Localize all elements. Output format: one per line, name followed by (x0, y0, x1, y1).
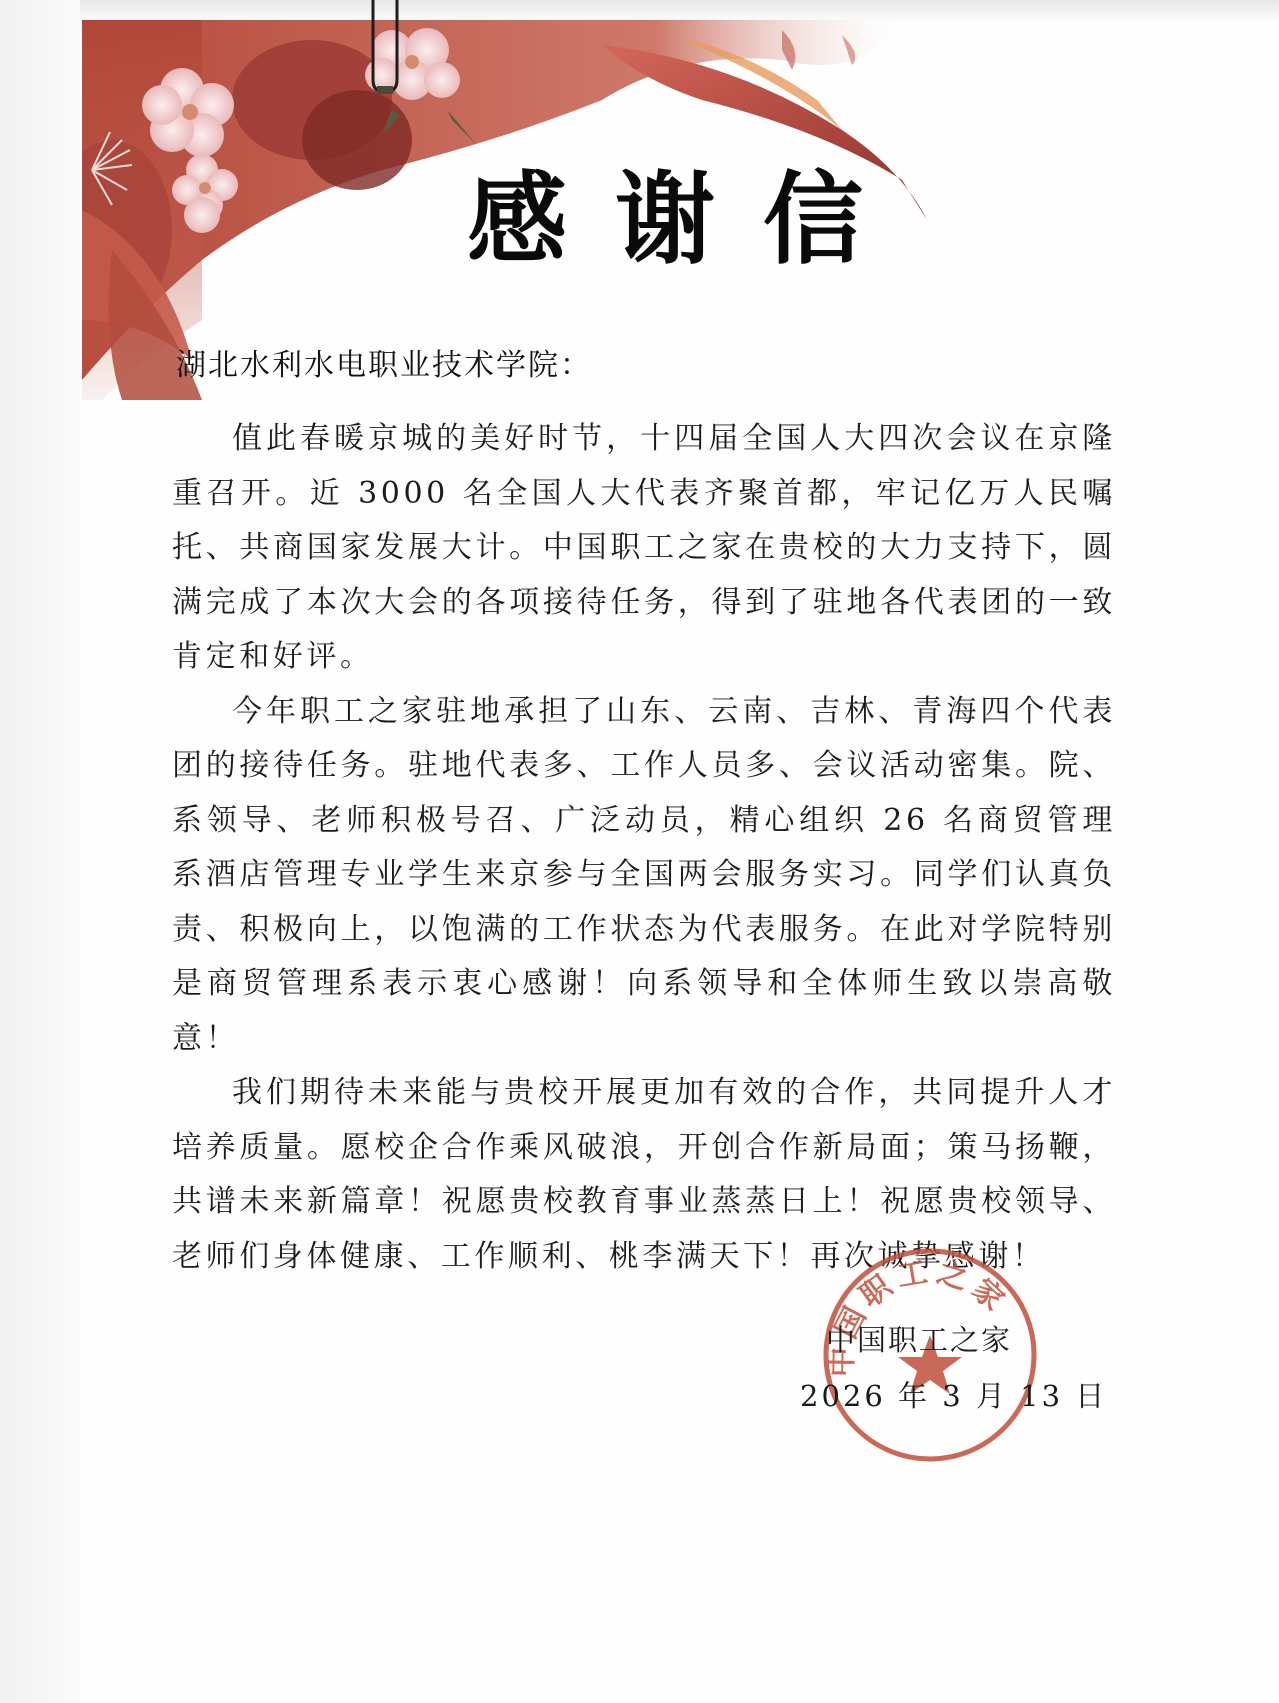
body-paragraph: 值此春暖京城的美好时节，十四届全国人大四次会议在京隆重召开。近 3000 名全国… (172, 412, 1116, 685)
paper-top-edge (0, 0, 1279, 20)
letter-salutation: 湖北水利水电职业技术学院： (176, 346, 592, 386)
paper-left-edge (0, 0, 80, 1703)
letter-body: 值此春暖京城的美好时节，十四届全国人大四次会议在京隆重召开。近 3000 名全国… (172, 412, 1116, 1284)
body-paragraph: 今年职工之家驻地承担了山东、云南、吉林、青海四个代表团的接待任务。驻地代表多、工… (172, 685, 1116, 1067)
signature-organization: 中国职工之家 (826, 1320, 1012, 1360)
letter-date: 2026 年 3 月 13 日 (800, 1376, 1107, 1416)
letter-title: 感谢信 (454, 160, 924, 280)
letter-paper: 感谢信 湖北水利水电职业技术学院： 值此春暖京城的美好时节，十四届全国人大四次会… (0, 0, 1279, 1703)
paperclip-icon (367, 0, 407, 100)
